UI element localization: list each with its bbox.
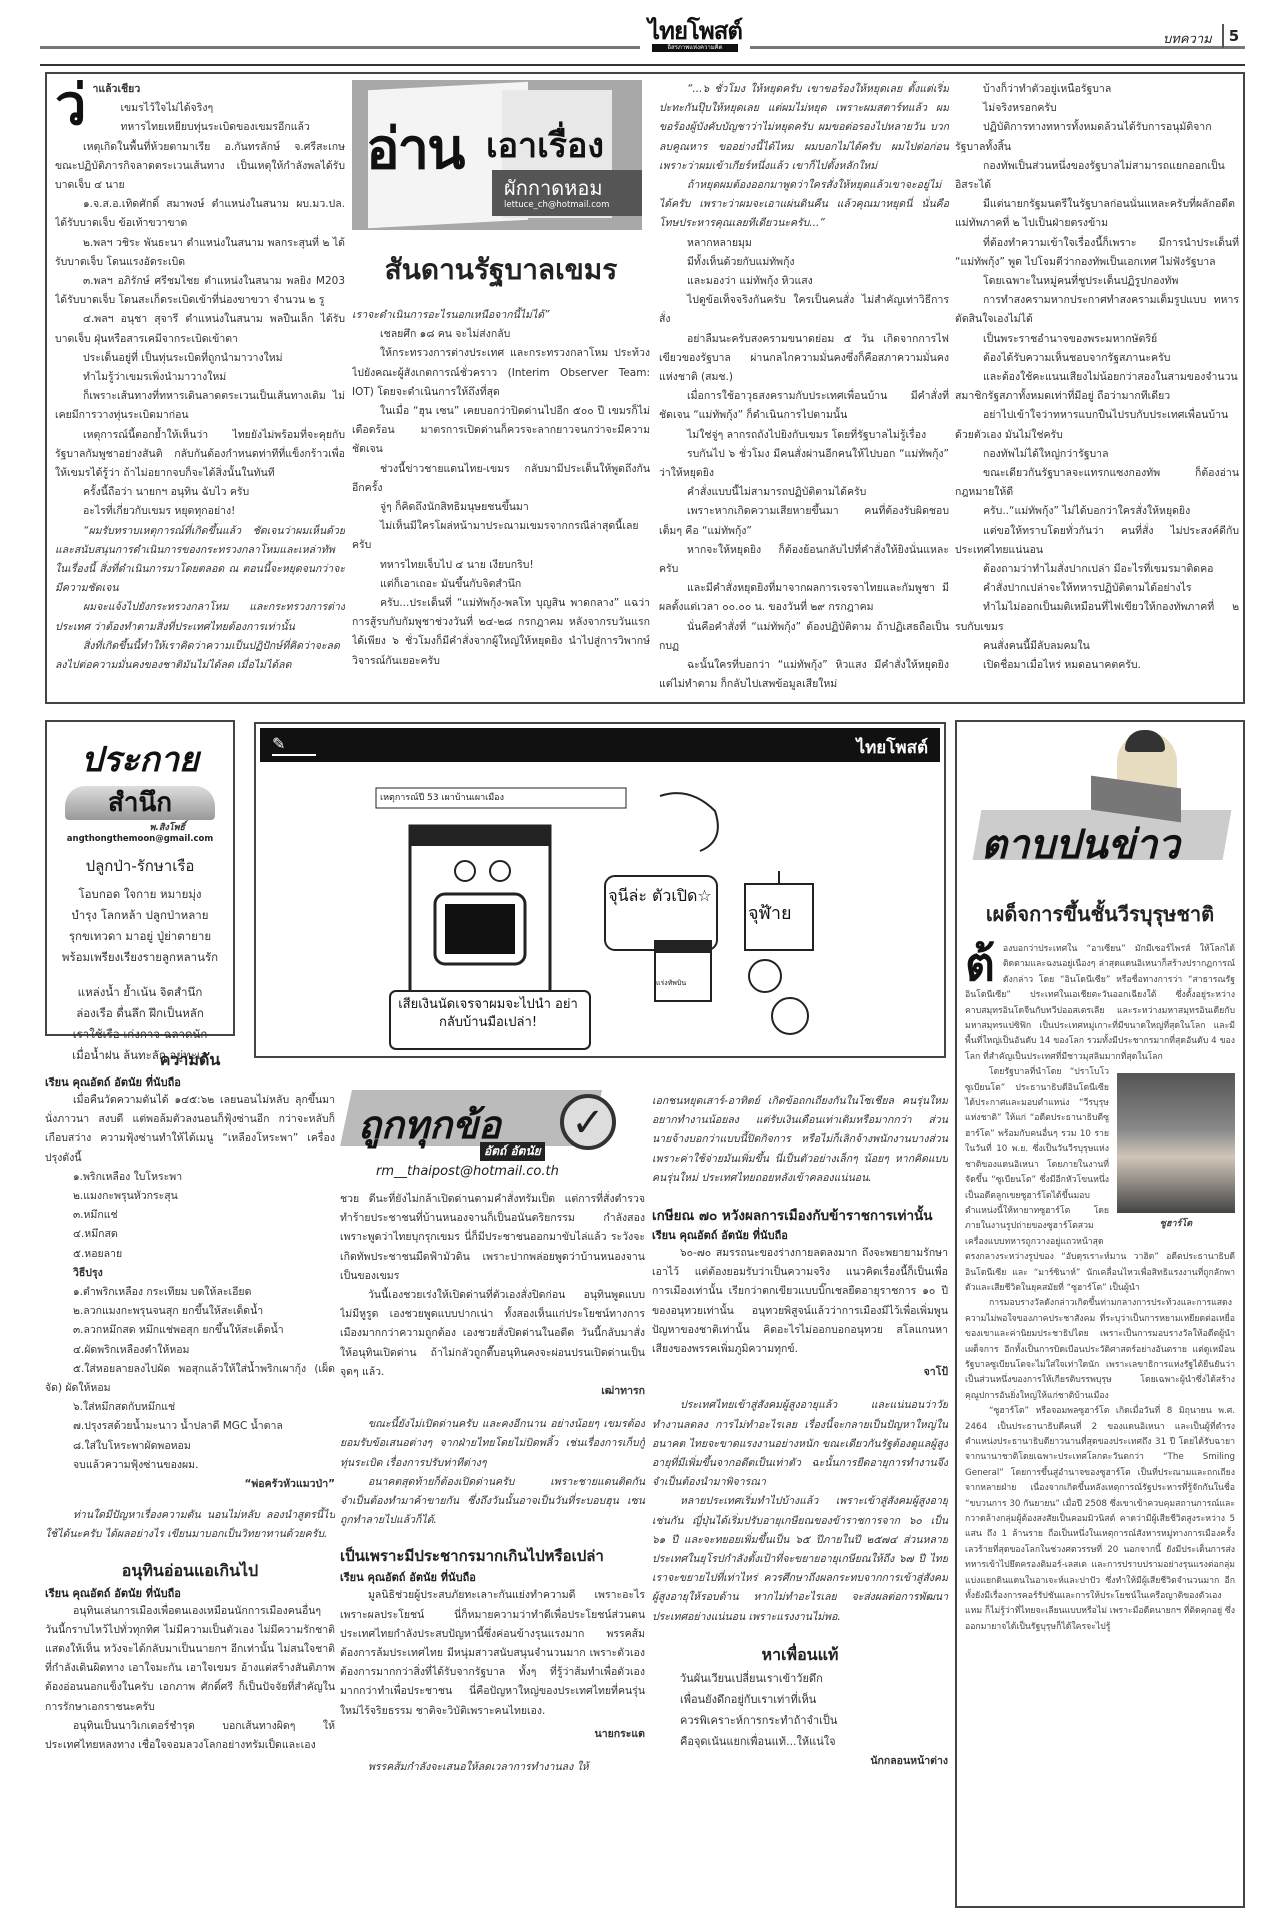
page-number: 5 [1222, 24, 1244, 48]
poem-line: โอบกอด ใจกาย หมายมุ่ง [47, 884, 233, 905]
column-paragraph: “...๖ ชั่วโมง ให้หยุดครับ เขาขอร้องให้หย… [659, 80, 949, 176]
column-paragraph: แต่ขอให้ทราบโดยทั่วกันว่า คนที่สั่ง ไม่ป… [955, 522, 1239, 560]
letter-paragraph: ๒.ลวกแมงกะพรุนจนสุก ยกขึ้นให้สะเด็ดน้ำ [45, 1302, 335, 1321]
column-paragraph: ไม่จริงหรอกครับ [955, 99, 1239, 118]
letter-paragraph: ๑.พริกเหลือง ใบโหระพา [45, 1168, 335, 1187]
column-paragraph: ผมจะแจ้งไปยังกระทรวงกลาโหม และกระทรวงการ… [55, 598, 345, 636]
masthead-title: ไทยโพสต์ [640, 18, 750, 44]
cartoon-brand: ไทยโพสต์ [857, 734, 928, 761]
masthead-subtitle: อิสรภาพแห่งความคิด [652, 44, 738, 52]
letter-signature: จาโป้ [652, 1363, 948, 1382]
column-paragraphs: เราจะดำเนินการอะไรนอกเหนือจากนี้ไม่ได้”เ… [352, 306, 650, 671]
column-paragraph: ฉะนั้นใครที่บอกว่า “แม่ทัพกุ้ง” หิวแสง ม… [659, 656, 949, 694]
column-paragraph: รบกันไป ๖ ชั่วโมง มีคนสั่งผ่านอีกคนให้ไป… [659, 445, 949, 483]
cartoonist-icon: ✎ [272, 734, 316, 756]
column-paragraph: เชลยศึก ๑๘ คน จะไม่ส่งกลับ [352, 325, 650, 344]
column-paragraph: เหตุการณ์นี้ตอกย้ำให้เห็นว่า ไทยยังไม่พร… [55, 426, 345, 484]
photo-caption: ซูฮาร์โต [1117, 1217, 1235, 1232]
page-header: ไทยโพสต์ อิสรภาพแห่งความคิด บทความ 5 [0, 0, 1286, 70]
column-paragraphs: าแล้วเชียวเขมรไว้ใจไม่ได้จริงๆทหารไทยเหย… [55, 80, 345, 675]
cartoon-bubble-1: จุนีล่ะ ตัวเปิด☆ [608, 884, 712, 909]
letters-left: ความดัน เรียน คุณอัตถ์ อัตนัย ที่นับถือ … [45, 1048, 335, 1920]
letter-body: เมื่อคืนวัดความดันได้ ๑๔๕:๖๒ เลยนอนไม่หล… [45, 1091, 335, 1475]
poem-box-author: พ.สิงโพธิ์ [47, 820, 185, 834]
section-label: บทความ [1163, 28, 1212, 49]
column-paragraph: ทำไมไม่ออกเป็นมติเหมือนที่ไฟเขียวให้กองท… [955, 598, 1239, 636]
letter-paragraph: วิธีปรุง [45, 1264, 335, 1283]
letter-greeting: เรียน คุณอัตถ์ อัตนัย ที่นับถือ [652, 1226, 948, 1244]
column-text-4: บ้างก็ว่าทำตัวอยู่เหนือรัฐบาลไม่จริงหรอก… [955, 80, 1239, 700]
column-paragraph: สิ่งที่เกิดขึ้นนี้ทำให้เราคิดว่าความเป็น… [55, 637, 345, 675]
letters-logo: ถูกทุกข้อ ✓ อัตถ์ อัตนัย rm__thaipost@ho… [340, 1080, 645, 1190]
letter-body: ๖๐-๗๐ สมรรถนะของร่างกายลดลงมาก ถึงจะพยาย… [652, 1244, 948, 1359]
column-paragraph: คำสั่งแบบนี้ไม่สามารถปฏิบัติตามได้ครับ [659, 483, 949, 502]
letter-signature: เฒ่าทารก [340, 1382, 645, 1401]
column-paragraph: มีแต่นายกรัฐมนตรีในรัฐบาลก่อนนั่นแหละครั… [955, 195, 1239, 233]
column-paragraph: “ผมรับทราบเหตุการณ์ที่เกิดขึ้นแล้ว ชัดเจ… [55, 522, 345, 599]
poem-stanza: โอบกอด ใจกาย หมายมุ่งบำรุง โลกหล้า ปลูกป… [47, 884, 233, 968]
column-paragraph: การทำสงครามหากประกาศทำสงครามเต็มรูปแบบ ท… [955, 291, 1239, 329]
column-paragraph: และมีคำสั่งหยุดยิงที่มาจากผลการเจรจาไทยแ… [659, 579, 949, 617]
news-corner-box: ตาบปนข่าว เผด็จการขึ้นชั้นวีรบุรุษชาติ ต… [955, 720, 1245, 1908]
column-paragraph: ไม่ใช่จู่ๆ ลากรถถังไปยิงกับเขมร โดยที่รั… [659, 426, 949, 445]
letter-paragraph: ๗.ปรุงรสด้วยน้ำมะนาว น้ำปลาดี MGC น้ำตาล [45, 1417, 335, 1436]
cartoon-sign: จุฬ้าย [748, 898, 792, 927]
column-paragraph: กองทัพเป็นส่วนหนึ่งของรัฐบาลไม่สามารถแยก… [955, 157, 1239, 195]
news-corner-paragraph: การมอบรางวัลดังกล่าวเกิดขึ้นท่ามกลางการป… [965, 1296, 1235, 1404]
editor-reply: พรรคส้มกำลังจะเสนอให้ลดเวลาการทำงานลง ให… [340, 1758, 645, 1777]
column-box-top: ว่ าแล้วเชียวเขมรไว้ใจไม่ได้จริงๆทหารไทย… [45, 72, 1245, 704]
dropcap: ว่ [55, 82, 86, 130]
poem-line: แหล่งน้ำ ย้ำเน้น จิตสำนึก [47, 982, 233, 1003]
column-paragraph: ในเมื่อ “ฮุน เซน” เคยบอกว่าปิดด่านไปอีก … [352, 402, 650, 460]
letter-paragraph: ๔.ผัดพริกเหลืองตำให้หอม [45, 1341, 335, 1360]
column-paragraph: หากจะให้หยุดยิง ก็ต้องย้อนกลับไปที่คำสั่… [659, 541, 949, 579]
letter-body: วันนี้เองชวยเร่งให้เปิดด่านที่ตัวเองสั่ง… [340, 1286, 645, 1382]
poem-line: รุกขเทวดา มาอยู่ ปู่ย่าตายาย [47, 926, 233, 947]
letter-paragraph: ๘.ใส่ใบโหระพาผัดพอหอม [45, 1437, 335, 1456]
news-corner-paragraph: องบอกว่าประเทศใน “อาเซียน” มักมีเซอร์ไพร… [965, 944, 1235, 1062]
poem-line: วันผันเวียนเปลี่ยนเราเข้าวัยดึก [680, 1668, 948, 1689]
news-corner-paragraph: “ซูฮาร์โต” หรือจอมพลซูฮาร์โต เกิดเมื่อวั… [965, 1404, 1235, 1635]
column-paragraph: กองทัพไม่ได้ใหญ่กว่ารัฐบาล [955, 445, 1239, 464]
letter-paragraph: อนุทินเป็นนาวิเกเตอร์ชำรุด บอกเส้นทางผิด… [45, 1717, 335, 1755]
column-paragraph: แต่ก็เอาเถอะ มันขึ้นกับจิตสำนึก [352, 575, 650, 594]
column-text-1: ว่ าแล้วเชียวเขมรไว้ใจไม่ได้จริงๆทหารไทย… [55, 80, 345, 700]
poem-line: บำรุง โลกหล้า ปลูกป่าหลาย [47, 905, 233, 926]
letter-title: เกษียณ ๗๐ หวังผลการเมืองกับข้าราชการเท่า… [652, 1204, 948, 1226]
cartoon-banner-text: เหตุการณ์ปี 53 เผาบ้านเผาเมือง [380, 790, 504, 804]
letter-paragraph: เมื่อคืนวัดความดันได้ ๑๔๕:๖๒ เลยนอนไม่หล… [45, 1091, 335, 1168]
editor-reply: ประเทศไทยเข้าสู่สังคมผู้สูงอายุแล้ว และแ… [652, 1396, 948, 1492]
checkmark-icon: ✓ [560, 1094, 616, 1150]
column-paragraph: เราจะดำเนินการอะไรนอกเหนือจากนี้ไม่ได้” [352, 306, 650, 325]
column-paragraph: ถ้าหยุดผมต้องออกมาพูดว่าใครสั่งให้หยุดแล… [659, 176, 949, 234]
letter-paragraph: ๖.ใส่หมึกสดกับหมึกแช่ [45, 1398, 335, 1417]
column-paragraph: ต้องถามว่าทำไมสั่งปากเปล่า มีอะไรที่เขมร… [955, 560, 1239, 579]
column-paragraph: ครั้งนี้ถือว่า นายกฯ อนุทิน ฉับไว ครับ [55, 483, 345, 502]
column-paragraph: ทหารไทยเหยียบทุ่นระเบิดของเขมรอีกแล้ว [55, 118, 345, 137]
column-paragraph: ๔.พลฯ อนุชา สุจารี ตำแหน่งในสนาม พลปืนเล… [55, 310, 345, 348]
column-paragraph: หลากหลายมุม [659, 234, 949, 253]
column-paragraph: อย่าลืมนะครับสงครามขนาดย่อม ๕ วัน เกิดจา… [659, 330, 949, 388]
poem-box-title-script: ประกาย [47, 732, 233, 786]
column-paragraph: ๑.จ.ส.อ.เทิดศักดิ์ สมาพงษ์ ตำแหน่งในสนาม… [55, 195, 345, 233]
letter-paragraph: ๔.หมึกสด [45, 1225, 335, 1244]
column-paragraph: ให้กระทรวงการต่างประเทศ และกระทรวงกลาโหม… [352, 344, 650, 402]
column-paragraph: ประเด็นอยู่ที่ เป็นทุ่นระเบิดที่ถูกนำมาว… [55, 349, 345, 368]
column-paragraph: เป็นพระราชอำนาจของพระมหากษัตริย์ [955, 330, 1239, 349]
news-corner-headline: เผด็จการขึ้นชั้นวีรบุรุษชาติ [957, 898, 1243, 930]
column-headline: สันดานรัฐบาลเขมร [352, 248, 650, 292]
column-paragraph: คนสั่งคนนี้มีลับลมคมใน [955, 637, 1239, 656]
column-paragraph: ปฏิบัติการทางทหารทั้งหมดล้วนได้รับการอนุ… [955, 118, 1239, 156]
letter-body: มูลนิธิช่วยผู้ประสบภัยทะเลาะกันแย่งทำควา… [340, 1586, 645, 1720]
column-banner: อ่าน เอาเรื่อง ผักกาดหอม lettuce_ch@hotm… [352, 80, 642, 230]
column-paragraph: อย่าไปเข้าใจว่าทหารแบกปืนไปรบกับประเทศเพ… [955, 406, 1239, 444]
column-paragraph: ๓.พลฯ อภิรักษ์ ศรีชมไชย ตำแหน่งในสนาม พล… [55, 272, 345, 310]
column-text-3: “...๖ ชั่วโมง ให้หยุดครับ เขาขอร้องให้หย… [659, 80, 949, 700]
letter-body: อนุทินเล่นการเมืองเพื่อตนเองเหมือนนักการ… [45, 1602, 335, 1756]
cartoon-shirt-label: แร่งทัพบิน [656, 978, 686, 989]
news-corner-logo-art: ตาบปนข่าว [957, 722, 1243, 882]
column-paragraph: โดยเฉพาะในหมู่คนที่ชูประเด็นปฏิรูปกองทัพ [955, 272, 1239, 291]
column-paragraph: จู่ๆ ก็คิดถึงนักสิทธิมนุษยชนขึ้นมา [352, 498, 650, 517]
column-paragraph: เปิดชื่อมาเมื่อไหร่ หมดอนาคตครับ. [955, 656, 1239, 675]
column-paragraph: ก็เพราะเส้นทางที่ทหารเดินลาดตระเวนเป็นเส… [55, 387, 345, 425]
letter-paragraph: ๓.หมึกแช่ [45, 1206, 335, 1225]
poem-title: หาเพื่อนแท้ [652, 1643, 948, 1668]
column-paragraph: เขมรไว้ใจไม่ได้จริงๆ [55, 99, 345, 118]
banner-email: lettuce_ch@hotmail.com [504, 200, 609, 210]
letter-paragraph: ๑.ตำพริกเหลือง กระเทียม บดให้ละเอียด [45, 1283, 335, 1302]
poem-box-ribbon: สำนึก [65, 786, 215, 820]
letter-paragraph: อนุทินเล่นการเมืองเพื่อตนเองเหมือนนักการ… [45, 1602, 335, 1717]
poem-line: ควรพิเคราะห์การกระทำถ้าจำเป็น [680, 1710, 948, 1731]
column-paragraph: และมองว่า แม่ทัพกุ้ง หิวแสง [659, 272, 949, 291]
column-paragraph: ไปดูข้อเท็จจริงกันครับ ใครเป็นคนสั่ง ไม่… [659, 291, 949, 329]
editor-reply: ท่านใดมีปัญหาเรื่องความดัน นอนไม่หลับ ลอ… [45, 1506, 335, 1544]
poem-line: ล่องเรือ ดื่นลึก ฝึกเป็นหลัก [47, 1003, 233, 1024]
letter-signature: นายกระแต [340, 1725, 645, 1744]
news-photo: ซูฮาร์โต [1117, 1073, 1235, 1235]
cartoon-header-bar: ✎ ไทยโพสต์ [260, 728, 940, 762]
cartoon-box: ✎ ไทยโพสต์ เหตุการณ์ปี 53 เผาบ้านเผาเมือ… [254, 722, 946, 1058]
column-paragraph: ช่วงนี้ข่าวชายแดนไทย-เขมร กลับมามีประเด็… [352, 460, 650, 498]
poem-signature: นักกลอนหน้าต่าง [652, 1752, 948, 1771]
letter-paragraph: จบแล้วความฟุ้งซ่านของผม. [45, 1456, 335, 1475]
column-paragraph: ทหารไทยเจ็บไป ๔ นาย เงียบกริบ! [352, 556, 650, 575]
column-paragraph: ต้องได้รับความเห็นชอบจากรัฐสภานะครับ [955, 349, 1239, 368]
letter-paragraph: ๕.ใส่หอยลายลงไปผัด พอสุกแล้วให้ใส่น้ำพริ… [45, 1360, 335, 1398]
editor-reply: เอกชนหยุดเสาร์-อาทิตย์ เกิดข้อถกเถียงกัน… [652, 1092, 948, 1188]
banner-title-small: เอาเรื่อง [486, 118, 604, 172]
column-paragraph: ไม่เห็นมีใครโผล่หน้ามาประณามเขมรจากกรณีล… [352, 517, 650, 555]
poem-line: เพื่อนยังดึกอยู่กับเราเท่าที่เห็น [680, 1689, 948, 1710]
column-paragraph: ขณะเดียวกันรัฐบาลจะแทรกแซงกองทัพ ก็ต้องอ… [955, 464, 1239, 502]
letter-greeting: เรียน คุณอัตถ์ อัตนัย ที่นับถือ [45, 1584, 335, 1602]
letters-logo-email: rm__thaipost@hotmail.co.th [376, 1164, 559, 1179]
column-paragraph: บ้างก็ว่าทำตัวอยู่เหนือรัฐบาล [955, 80, 1239, 99]
letter-title: อนุทินอ่อนแอเกินไป [45, 1559, 335, 1584]
cartoon-bubble-2: เสียเงินนัดเจรจาผมจะไปนำ อย่ากลับบ้านมือ… [396, 996, 580, 1032]
column-paragraph: ครับ..“แม่ทัพกุ้ง” ไม่ได้บอกว่าใครสั่งให… [955, 502, 1239, 521]
news-corner-logo: ตาบปนข่าว [981, 812, 1180, 876]
column-paragraph: ทำไมรู้ว่าเขมรเพิ่งนำมาวางใหม่ [55, 368, 345, 387]
letter-signature: “พ่อครัวหัวแมวป่า” [45, 1475, 335, 1494]
poem-line: คือจุดเน้นแยกเพื่อนแท้...ให้แน่ใจ [680, 1731, 948, 1752]
cartoon-drawing [260, 766, 940, 1056]
column-paragraph: มีทั้งเห็นด้วยกับแม่ทัพกุ้ง [659, 253, 949, 272]
news-corner-dropcap: ต้ [965, 942, 995, 986]
suharto-photo [1117, 1073, 1235, 1213]
poem-line: เราใช้เรือ เก่งกาจ ฉลาดนัก [47, 1024, 233, 1045]
poem-box-title-ribbon: สำนึก [108, 788, 172, 818]
column-paragraph: อะไรที่เกี่ยวกับเขมร หยุดทุกอย่าง! [55, 502, 345, 521]
letter-greeting: เรียน คุณอัตถ์ อัตนัย ที่นับถือ [340, 1568, 645, 1586]
letters-right: เอกชนหยุดเสาร์-อาทิตย์ เกิดข้อถกเถียงกัน… [652, 1092, 948, 1920]
column-paragraph: และต้องใช้คะแนนเสียงไม่น้อยกว่าสองในสามข… [955, 368, 1239, 406]
poem-lines: วันผันเวียนเปลี่ยนเราเข้าวัยดึกเพื่อนยัง… [652, 1668, 948, 1752]
poem-title: ปลูกป่า-รักษาเรือ [47, 854, 233, 878]
editor-reply: ขณะนี้ยังไม่เปิดด่านครับ และคงอีกนาน อย่… [340, 1415, 645, 1473]
letter-paragraph: ๕.หอยลาย [45, 1245, 335, 1264]
banner-title-big: อ่าน [366, 104, 463, 193]
column-paragraph: ๒.พลฯ วชิระ พันธะนา ตำแหน่งในสนาม พลกระส… [55, 234, 345, 272]
column-text-2: อ่าน เอาเรื่อง ผักกาดหอม lettuce_ch@hotm… [352, 80, 650, 700]
column-paragraph: าแล้วเชียว [55, 80, 345, 99]
letter-paragraph: ๒.แมงกะพรุนหัวกระสุน [45, 1187, 335, 1206]
editor-reply: หลายประเทศเริ่มทำไปบ้างแล้ว เพราะเข้าสู่… [652, 1492, 948, 1626]
editor-reply: อนาคตสุดท้ายก็ต้องเปิดด่านครับ เพราะชายแ… [340, 1473, 645, 1531]
poem-box-email: angthongthemoon@gmail.com [47, 834, 233, 844]
poem-box: ประกาย สำนึก พ.สิงโพธิ์ angthongthemoon@… [45, 720, 235, 1036]
column-paragraph: ที่ต้องทำความเข้าใจเรื่องนี้ก็เพราะ มีกา… [955, 234, 1239, 272]
letter-paragraph: ๓.ลวกหมึกสด หมึกแช่พอสุก ยกขึ้นให้สะเด็ด… [45, 1321, 335, 1340]
column-paragraph: เมื่อการใช้อาวุธสงครามกับประเทศเพื่อนบ้า… [659, 387, 949, 425]
column-paragraph: เพราะหากเกิดความเสียหายขึ้นมา คนที่ต้องร… [659, 502, 949, 540]
letters-logo-author: อัตถ์ อัตนัย [480, 1142, 545, 1161]
letter-title: เป็นเพราะมีประชากรมากเกินไปหรือเปล่า [340, 1544, 645, 1568]
letters-middle: ถูกทุกข้อ ✓ อัตถ์ อัตนัย rm__thaipost@ho… [340, 1080, 645, 1920]
poem-line: พร้อมเพรียงเรียงรายลูกหลานรัก [47, 947, 233, 968]
column-paragraph: นั่นคือคำสั่งที่ “แม่ทัพกุ้ง” ต้องปฏิบัต… [659, 618, 949, 656]
letter-body: ชวย ดีนะที่ยังไม่กล้าเปิดด่านตามคำสั่งทร… [340, 1190, 645, 1286]
column-paragraph: ครับ...ประเด็นที่ “แม่ทัพกุ้ง-พลโท บุญสิ… [352, 594, 650, 671]
column-paragraph: เหตุเกิดในพื้นที่ห้วยตามาเรีย อ.กันทรลัก… [55, 138, 345, 196]
column-paragraph: คำสั่งปากเปล่าจะให้ทหารปฏิบัติตามได้อย่า… [955, 579, 1239, 598]
column-paragraphs: บ้างก็ว่าทำตัวอยู่เหนือรัฐบาลไม่จริงหรอก… [955, 80, 1239, 675]
masthead-logo: ไทยโพสต์ อิสรภาพแห่งความคิด [640, 18, 750, 54]
letter-greeting: เรียน คุณอัตถ์ อัตนัย ที่นับถือ [45, 1073, 335, 1091]
letter-title: ความดัน [45, 1048, 335, 1073]
column-paragraphs: “...๖ ชั่วโมง ให้หยุดครับ เขาขอร้องให้หย… [659, 80, 949, 695]
